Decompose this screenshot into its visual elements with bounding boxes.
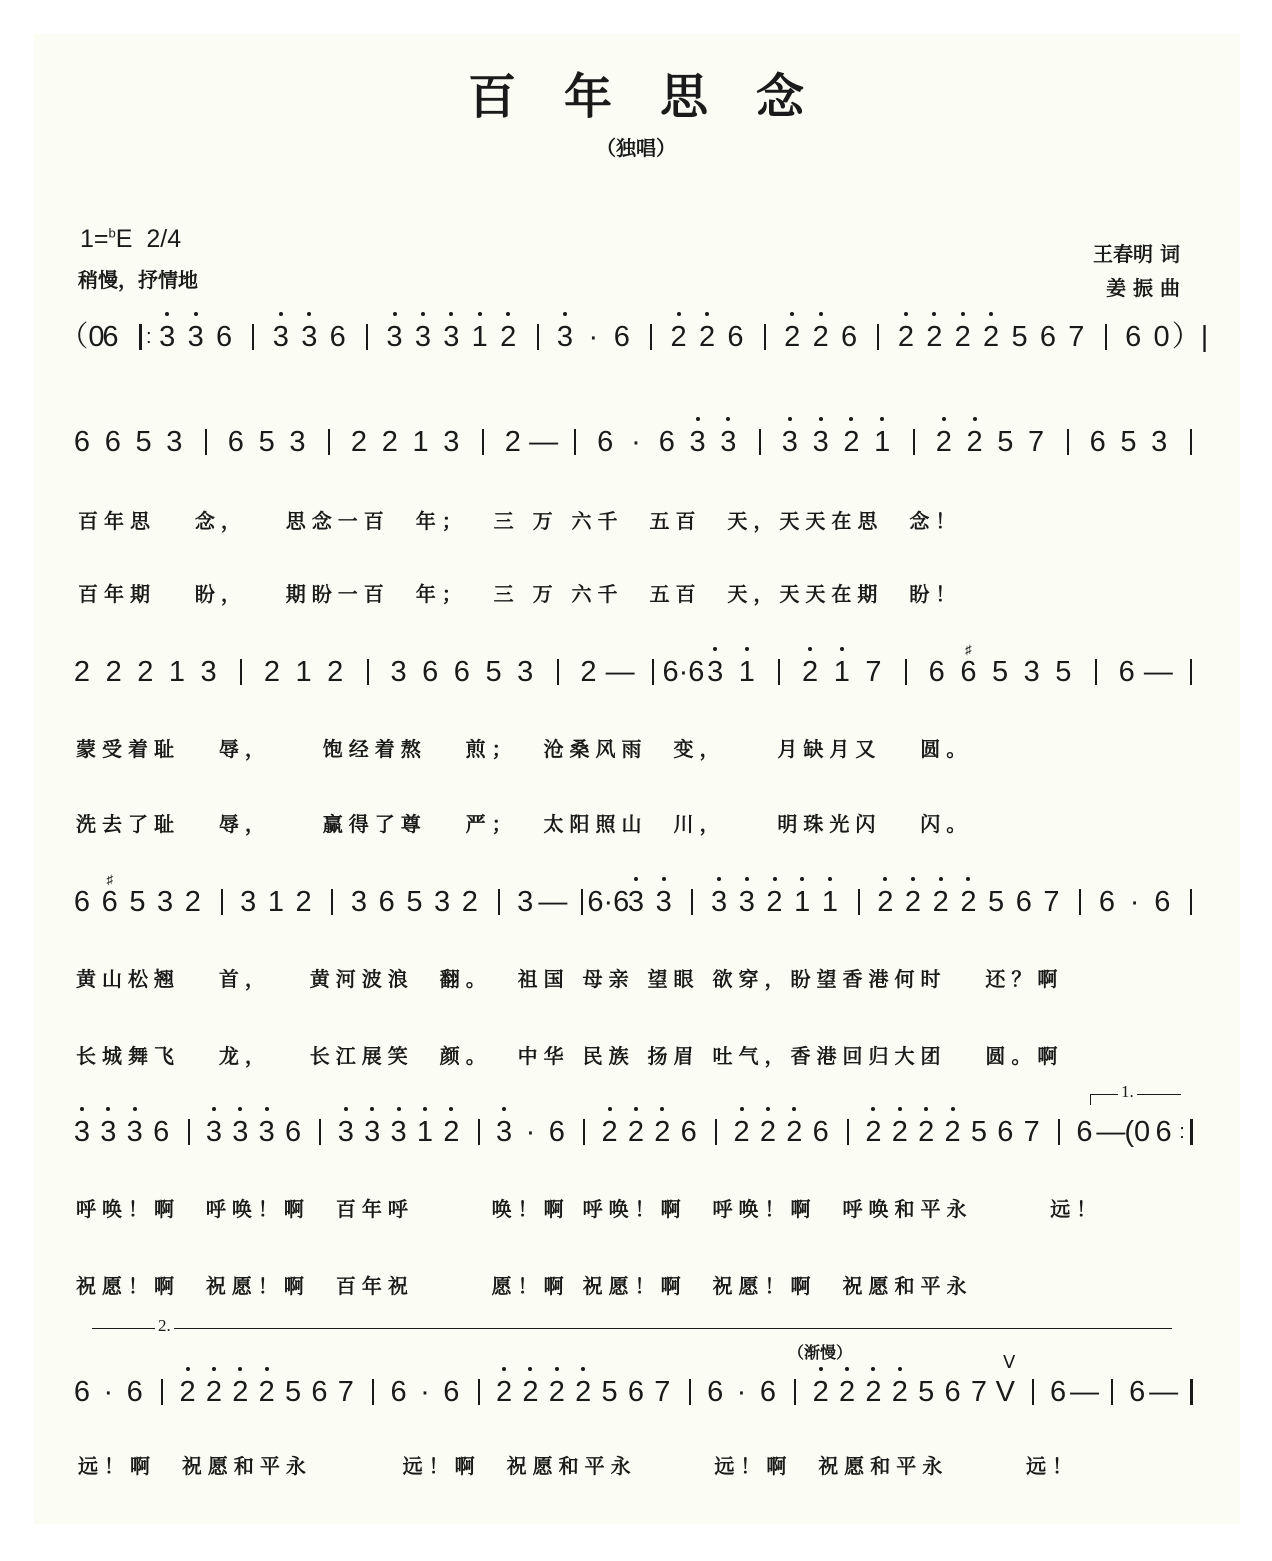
note: 3 bbox=[443, 322, 459, 352]
composer-credit: 姜 振 曲 bbox=[1106, 272, 1180, 301]
note: 7 bbox=[1068, 322, 1084, 352]
note: 3 bbox=[443, 427, 459, 457]
barline bbox=[498, 889, 500, 915]
barline bbox=[1095, 659, 1097, 685]
note: 2 bbox=[500, 322, 516, 352]
octave-dot bbox=[423, 1107, 427, 1111]
note: 2 bbox=[206, 1377, 222, 1407]
octave-dot bbox=[932, 312, 936, 316]
note: 5 bbox=[485, 657, 501, 687]
octave-dot bbox=[238, 1367, 242, 1371]
notation-line-1: 665365322132—6·63333212257653 bbox=[0, 425, 1272, 495]
octave-dot bbox=[502, 1367, 506, 1371]
extension-dash: — bbox=[606, 657, 635, 687]
note: 6 bbox=[841, 322, 857, 352]
augmentation-dot: · bbox=[420, 1377, 430, 1407]
barline bbox=[240, 659, 242, 685]
note: ）| bbox=[1172, 322, 1209, 352]
note: 3 bbox=[434, 887, 450, 917]
note: 6 bbox=[379, 887, 395, 917]
note: 2 bbox=[766, 887, 782, 917]
octave-dot bbox=[555, 1367, 559, 1371]
note: 3 bbox=[656, 887, 672, 917]
note: 3 bbox=[517, 887, 533, 917]
note: 5 bbox=[988, 887, 1004, 917]
note: 6 bbox=[330, 322, 346, 352]
octave-dot bbox=[939, 877, 943, 881]
note: 3 bbox=[351, 887, 367, 917]
note: 3 bbox=[240, 887, 256, 917]
note: 5 bbox=[971, 1117, 987, 1147]
note: 2 bbox=[185, 887, 201, 917]
note: 2 bbox=[137, 657, 153, 687]
octave-dot bbox=[279, 312, 283, 316]
note: 6 bbox=[454, 657, 470, 687]
octave-dot bbox=[951, 1107, 955, 1111]
barline bbox=[583, 1119, 585, 1145]
note: 2 bbox=[892, 1377, 908, 1407]
octave-dot bbox=[966, 877, 970, 881]
volta-1-label: 1. bbox=[1118, 1082, 1137, 1102]
octave-dot bbox=[421, 312, 425, 316]
note: 6 bbox=[813, 1117, 829, 1147]
note: 2 bbox=[671, 322, 687, 352]
octave-dot bbox=[819, 312, 823, 316]
note: 3 bbox=[166, 427, 182, 457]
note: 6 bbox=[707, 1377, 723, 1407]
note: 1 bbox=[472, 322, 488, 352]
octave-dot bbox=[397, 1107, 401, 1111]
notation-line-4: 33363336333123·62226222622225676—(06: bbox=[0, 1115, 1272, 1185]
note: 3 bbox=[720, 427, 736, 457]
note: 5 bbox=[918, 1377, 934, 1407]
barline bbox=[139, 324, 142, 350]
note: 6 bbox=[1040, 322, 1056, 352]
octave-dot bbox=[563, 312, 567, 316]
note: 2 bbox=[944, 1117, 960, 1147]
barline bbox=[847, 1119, 849, 1145]
octave-dot bbox=[186, 1367, 190, 1371]
barline bbox=[1190, 429, 1192, 455]
barline bbox=[478, 1379, 480, 1405]
barline bbox=[689, 1379, 691, 1405]
octave-dot bbox=[705, 312, 709, 316]
note: 1 bbox=[739, 657, 755, 687]
note: 2 bbox=[843, 427, 859, 457]
barline bbox=[366, 324, 368, 350]
page-title: 百年思念 bbox=[0, 58, 1272, 127]
barline bbox=[372, 1379, 374, 1405]
note: 5 bbox=[406, 887, 422, 917]
barline bbox=[221, 889, 223, 915]
note: 3 bbox=[557, 322, 573, 352]
note: 5 bbox=[1120, 427, 1136, 457]
note: 2 bbox=[74, 657, 90, 687]
note: 3 bbox=[390, 657, 406, 687]
repeat-sign: : bbox=[146, 322, 152, 352]
barline bbox=[759, 429, 761, 455]
note: 3 bbox=[782, 427, 798, 457]
note: 6 bbox=[1156, 1117, 1172, 1147]
note: 2 bbox=[813, 322, 829, 352]
barline bbox=[858, 889, 860, 915]
octave-dot bbox=[212, 1107, 216, 1111]
note: 7 bbox=[338, 1377, 354, 1407]
extension-dash: — bbox=[1070, 1377, 1099, 1407]
note: 6 bbox=[390, 1377, 406, 1407]
barline bbox=[715, 1119, 717, 1145]
note: 7 bbox=[1024, 1117, 1040, 1147]
octave-dot bbox=[883, 877, 887, 881]
octave-dot bbox=[726, 417, 730, 421]
note: 2 bbox=[926, 322, 942, 352]
note: 6 bbox=[681, 1117, 697, 1147]
barline bbox=[367, 659, 369, 685]
octave-dot bbox=[696, 417, 700, 421]
key-signature: 1=bE 2/4 bbox=[80, 225, 181, 254]
tempo-marking: 稍慢，抒情地 bbox=[78, 264, 198, 293]
octave-dot bbox=[717, 877, 721, 881]
octave-dot bbox=[265, 1107, 269, 1111]
note: 6 bbox=[1154, 887, 1170, 917]
note: 3 bbox=[159, 322, 175, 352]
barline bbox=[1105, 324, 1107, 350]
score-page bbox=[34, 34, 1240, 1524]
note: 2 bbox=[232, 1377, 248, 1407]
barline bbox=[778, 659, 780, 685]
note: 2 bbox=[839, 1377, 855, 1407]
note: 2 bbox=[549, 1377, 565, 1407]
octave-dot bbox=[904, 312, 908, 316]
note: 1 bbox=[417, 1117, 433, 1147]
note: 3 bbox=[364, 1117, 380, 1147]
lyric-line-5-verse-1: 远！啊 祝愿和平永 远！啊 祝愿和平永 远！啊 祝愿和平永 远！ bbox=[78, 1450, 1078, 1479]
note: 6 bbox=[422, 657, 438, 687]
note: 3 bbox=[206, 1117, 222, 1147]
octave-dot bbox=[740, 1107, 744, 1111]
note: 6 bbox=[727, 322, 743, 352]
note: 5 bbox=[285, 1377, 301, 1407]
note: 6 bbox=[659, 427, 675, 457]
octave-dot bbox=[871, 1367, 875, 1371]
octave-dot bbox=[790, 312, 794, 316]
subtitle: （独唱） bbox=[0, 132, 1272, 161]
octave-dot bbox=[745, 877, 749, 881]
octave-dot bbox=[961, 312, 965, 316]
note: 6 bbox=[549, 1117, 565, 1147]
note: 2 bbox=[933, 887, 949, 917]
note: 2 bbox=[802, 657, 818, 687]
barline bbox=[652, 659, 654, 685]
octave-dot bbox=[662, 877, 666, 881]
augmentation-dot: · bbox=[104, 1377, 114, 1407]
barline bbox=[581, 889, 583, 915]
note: 6 bbox=[1090, 427, 1106, 457]
octave-dot bbox=[819, 1367, 823, 1371]
note: 3 bbox=[813, 427, 829, 457]
note: 2 bbox=[966, 427, 982, 457]
barline bbox=[1067, 429, 1069, 455]
note: 3 bbox=[259, 1117, 275, 1147]
note: 3 bbox=[628, 887, 644, 917]
octave-dot bbox=[840, 647, 844, 651]
octave-dot bbox=[898, 1107, 902, 1111]
note: 3 bbox=[188, 322, 204, 352]
barline bbox=[1079, 889, 1081, 915]
note: 3 bbox=[232, 1117, 248, 1147]
barline bbox=[537, 324, 539, 350]
note: 6 bbox=[74, 887, 90, 917]
lyric-line-3-verse-2: 长城舞飞 龙， 长江展笑 颜。 中华 民族 扬眉 吐气，香港回归大团 圆。啊 bbox=[76, 1040, 1063, 1069]
note: 2 bbox=[760, 1117, 776, 1147]
note: 3 bbox=[711, 887, 727, 917]
note: 2 bbox=[106, 657, 122, 687]
note: 3 bbox=[201, 657, 217, 687]
octave-dot bbox=[478, 312, 482, 316]
note: 2 bbox=[918, 1117, 934, 1147]
note: 2 bbox=[505, 427, 521, 457]
note: 1 bbox=[834, 657, 850, 687]
octave-dot bbox=[307, 312, 311, 316]
note: 2 bbox=[575, 1377, 591, 1407]
note: 3 bbox=[273, 322, 289, 352]
note: 1 bbox=[822, 887, 838, 917]
barline bbox=[905, 659, 907, 685]
octave-dot bbox=[449, 312, 453, 316]
lyric-line-4-verse-1: 呼唤！啊 呼唤！啊 百年呼 唤！啊 呼唤！啊 呼唤！啊 呼唤和平永 远！ bbox=[76, 1193, 1102, 1222]
note: 3 bbox=[517, 657, 533, 687]
note: 2 bbox=[179, 1377, 195, 1407]
notation-line-0: （06:336336333123·6226226222256760）| bbox=[0, 320, 1272, 390]
barline bbox=[650, 324, 652, 350]
note: 7 bbox=[1028, 427, 1044, 457]
note: 2 bbox=[296, 887, 312, 917]
octave-dot bbox=[449, 1107, 453, 1111]
note: 3 bbox=[289, 427, 305, 457]
note: 6 bbox=[127, 1377, 143, 1407]
augmentation-dot: · bbox=[1130, 887, 1140, 917]
octave-dot bbox=[344, 1107, 348, 1111]
key-prefix: 1= bbox=[80, 225, 109, 253]
note: 7 bbox=[865, 657, 881, 687]
note: 2 bbox=[382, 427, 398, 457]
note: 6 bbox=[228, 427, 244, 457]
note: 2 bbox=[983, 322, 999, 352]
barline bbox=[482, 429, 484, 455]
key-tonic: E bbox=[116, 225, 133, 253]
volta-2-bracket bbox=[92, 1328, 1172, 1339]
note: 2 bbox=[327, 657, 343, 687]
barline bbox=[1190, 889, 1192, 915]
note: 6 bbox=[760, 1377, 776, 1407]
octave-dot bbox=[819, 417, 823, 421]
sharp-sign: ♯ bbox=[106, 865, 113, 895]
note: 2 bbox=[813, 1377, 829, 1407]
octave-dot bbox=[677, 312, 681, 316]
note: 6 bbox=[285, 1117, 301, 1147]
barline bbox=[1032, 1379, 1034, 1405]
note: 6 bbox=[1016, 887, 1032, 917]
octave-dot bbox=[800, 877, 804, 881]
note: 2 bbox=[628, 1117, 644, 1147]
extension-dash: — bbox=[538, 887, 567, 917]
notation-line-5: 6·622225676·622225676·62222567V6—6— bbox=[0, 1375, 1272, 1445]
barline bbox=[1058, 1119, 1060, 1145]
note: 6 bbox=[74, 427, 90, 457]
octave-dot bbox=[989, 312, 993, 316]
note: 6 bbox=[1076, 1117, 1092, 1147]
breath-mark: V bbox=[1003, 1352, 1015, 1373]
note: 5 bbox=[259, 427, 275, 457]
note: 6 bbox=[216, 322, 232, 352]
note: 3 bbox=[1024, 657, 1040, 687]
note: 7 bbox=[654, 1377, 670, 1407]
note: 2 bbox=[905, 887, 921, 917]
note: 1 bbox=[412, 427, 428, 457]
note: 3 bbox=[739, 887, 755, 917]
flat-sign: b bbox=[109, 226, 116, 241]
note: 0 bbox=[1154, 322, 1170, 352]
note: 1 bbox=[268, 887, 284, 917]
octave-dot bbox=[238, 1107, 242, 1111]
octave-dot bbox=[634, 1107, 638, 1111]
note: 2 bbox=[865, 1377, 881, 1407]
note: 5 bbox=[1011, 322, 1027, 352]
octave-dot bbox=[80, 1107, 84, 1111]
note: 2 bbox=[865, 1117, 881, 1147]
note: 2 bbox=[259, 1377, 275, 1407]
octave-dot bbox=[845, 1367, 849, 1371]
note: 2 bbox=[898, 322, 914, 352]
note: 1 bbox=[794, 887, 810, 917]
barline bbox=[913, 429, 915, 455]
note: 5 bbox=[997, 427, 1013, 457]
octave-dot bbox=[393, 312, 397, 316]
barline bbox=[319, 1119, 321, 1145]
time-signature: 2/4 bbox=[146, 225, 181, 253]
octave-dot bbox=[133, 1107, 137, 1111]
barline bbox=[764, 324, 766, 350]
note: 2 bbox=[654, 1117, 670, 1147]
note: 5 bbox=[992, 657, 1008, 687]
note: 1 bbox=[874, 427, 890, 457]
note: 2 bbox=[351, 427, 367, 457]
sharp-sign: ♯ bbox=[965, 635, 972, 665]
note: 6·6 bbox=[663, 657, 705, 687]
octave-dot bbox=[773, 877, 777, 881]
note: 6 bbox=[102, 322, 118, 352]
barline bbox=[1190, 1119, 1193, 1145]
note: 2 bbox=[960, 887, 976, 917]
augmentation-dot: · bbox=[737, 1377, 747, 1407]
octave-dot bbox=[973, 417, 977, 421]
augmentation-dot: · bbox=[526, 1117, 536, 1147]
note: 6 bbox=[614, 322, 630, 352]
note: 6 bbox=[628, 1377, 644, 1407]
octave-dot bbox=[911, 877, 915, 881]
note: 7 bbox=[971, 1377, 987, 1407]
octave-dot bbox=[828, 877, 832, 881]
octave-dot bbox=[766, 1107, 770, 1111]
octave-dot bbox=[898, 1367, 902, 1371]
note: 2 bbox=[496, 1377, 512, 1407]
note: 6 bbox=[944, 1377, 960, 1407]
note: 2 bbox=[784, 322, 800, 352]
note: 6 bbox=[311, 1377, 327, 1407]
barline bbox=[1190, 1379, 1193, 1405]
note: 3 bbox=[157, 887, 173, 917]
augmentation-dot: · bbox=[631, 427, 641, 457]
note: 2 bbox=[877, 887, 893, 917]
note: 2 bbox=[786, 1117, 802, 1147]
note: (0 bbox=[1124, 1117, 1150, 1147]
note: 3 bbox=[386, 322, 402, 352]
note: 1 bbox=[296, 657, 312, 687]
note: 6 bbox=[1119, 657, 1135, 687]
notation-line-3: 66♯532312365323—6·6333321122225676·6 bbox=[0, 885, 1272, 955]
note: 6 bbox=[74, 1377, 90, 1407]
note: 6 bbox=[1125, 322, 1141, 352]
note: 2 bbox=[264, 657, 280, 687]
barline bbox=[328, 429, 330, 455]
lyric-line-1-verse-1: 百年思 念， 思念一百 年； 三 万 六千 五百 天，天天在思 念！ bbox=[78, 505, 961, 534]
octave-dot bbox=[808, 647, 812, 651]
lyric-line-2-verse-1: 蒙受着耻 辱， 饱经着熬 煎； 沧桑风雨 变， 月缺月又 圆。 bbox=[76, 733, 972, 762]
note: 3 bbox=[127, 1117, 143, 1147]
note: 3 bbox=[689, 427, 705, 457]
octave-dot bbox=[608, 1107, 612, 1111]
augmentation-dot: · bbox=[589, 322, 599, 352]
note: （0 bbox=[59, 322, 104, 352]
note: 2 bbox=[936, 427, 952, 457]
note: 5 bbox=[129, 887, 145, 917]
note: 6 bbox=[1050, 1377, 1066, 1407]
octave-dot bbox=[713, 647, 717, 651]
note: 3 bbox=[338, 1117, 354, 1147]
note: 5 bbox=[135, 427, 151, 457]
note: 2 bbox=[522, 1377, 538, 1407]
lyric-line-2-verse-2: 洗去了耻 辱， 赢得了尊 严； 太阳照山 川， 明珠光闪 闪。 bbox=[76, 808, 972, 837]
extension-dash: — bbox=[1096, 1117, 1125, 1147]
volta-2-label: 2. bbox=[155, 1316, 174, 1336]
note: 2 bbox=[580, 657, 596, 687]
barline bbox=[331, 889, 333, 915]
octave-dot bbox=[212, 1367, 216, 1371]
octave-dot bbox=[634, 877, 638, 881]
note: 2 bbox=[699, 322, 715, 352]
extension-dash: — bbox=[1144, 657, 1173, 687]
note: 6 bbox=[105, 427, 121, 457]
octave-dot bbox=[265, 1367, 269, 1371]
note: 6 bbox=[443, 1377, 459, 1407]
note: 2 bbox=[462, 887, 478, 917]
octave-dot bbox=[660, 1107, 664, 1111]
octave-dot bbox=[942, 417, 946, 421]
lyricist-credit: 王春明 词 bbox=[1093, 238, 1180, 267]
note: 3 bbox=[415, 322, 431, 352]
octave-dot bbox=[528, 1367, 532, 1371]
note: 7 bbox=[1043, 887, 1059, 917]
note: 3 bbox=[301, 322, 317, 352]
octave-dot bbox=[370, 1107, 374, 1111]
note: 2 bbox=[955, 322, 971, 352]
note: 3 bbox=[74, 1117, 90, 1147]
note: 6 bbox=[929, 657, 945, 687]
barline bbox=[574, 429, 576, 455]
extension-dash: — bbox=[1149, 1377, 1178, 1407]
note: 2 bbox=[733, 1117, 749, 1147]
note: 2 bbox=[443, 1117, 459, 1147]
